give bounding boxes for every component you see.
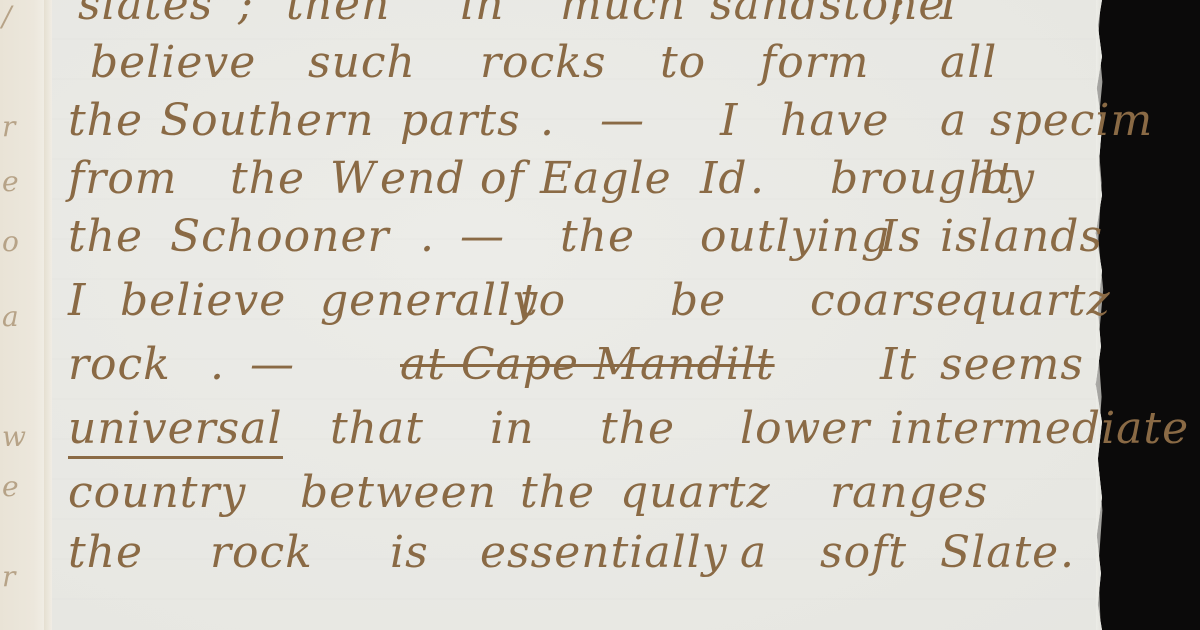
- manuscript-word: rock: [210, 526, 313, 580]
- manuscript-word: specim: [990, 94, 1153, 148]
- manuscript-word: the: [68, 94, 143, 148]
- margin-fragment: e: [2, 165, 19, 198]
- manuscript-word: of: [480, 152, 525, 206]
- manuscript-line: Ibelievegenerallytobecoarsequartz: [60, 274, 1100, 328]
- manuscript-word: then: [286, 0, 390, 32]
- manuscript-word: that: [330, 402, 424, 456]
- manuscript-line: theSouthernparts.—Ihaveaspecim: [60, 94, 1100, 148]
- manuscript-word: W: [330, 152, 376, 206]
- manuscript-word: .: [210, 338, 225, 392]
- manuscript-line: slates;theninmuchsandstone;I: [60, 0, 1100, 32]
- manuscript-word: parts: [400, 94, 521, 148]
- manuscript-word: to: [660, 36, 706, 90]
- manuscript-word: .: [1060, 526, 1075, 580]
- manuscript-word: —: [460, 210, 505, 264]
- margin-fragment: o: [2, 225, 19, 258]
- manuscript-line: countrybetweenthequartzranges: [60, 466, 1100, 520]
- manuscript-word: by: [980, 152, 1035, 206]
- manuscript-word: .: [420, 210, 435, 264]
- manuscript-word: I: [940, 0, 958, 32]
- manuscript-word: Schooner: [170, 210, 390, 264]
- manuscript-word: a: [740, 526, 767, 580]
- manuscript-word: I: [68, 274, 86, 328]
- manuscript-word: Southern: [160, 94, 374, 148]
- manuscript-word: I: [720, 94, 738, 148]
- manuscript-word: Eagle: [540, 152, 672, 206]
- manuscript-word: believe: [120, 274, 286, 328]
- margin-fragment: /: [2, 0, 11, 33]
- manuscript-word: .: [750, 152, 765, 206]
- manuscript-word: a: [940, 94, 967, 148]
- manuscript-word: sandstone: [710, 0, 945, 32]
- manuscript-word: seems: [940, 338, 1084, 392]
- manuscript-word: soft: [820, 526, 907, 580]
- manuscript-word: much: [560, 0, 687, 32]
- manuscript-word: the: [600, 402, 675, 456]
- manuscript-image: / r e o a w e r slates;theninmuchsandsto…: [0, 0, 1200, 630]
- manuscript-word: Id: [700, 152, 748, 206]
- manuscript-word: all: [940, 36, 997, 90]
- manuscript-word: outlying: [700, 210, 890, 264]
- manuscript-word: the: [560, 210, 635, 264]
- manuscript-word: country: [68, 466, 246, 520]
- manuscript-word: in: [460, 0, 504, 32]
- manuscript-word: in: [490, 402, 534, 456]
- manuscript-word: end: [380, 152, 466, 206]
- manuscript-word: quartz: [620, 466, 771, 520]
- manuscript-word: —: [250, 338, 295, 392]
- manuscript-word: rocks: [480, 36, 606, 90]
- manuscript-word: is: [390, 526, 429, 580]
- manuscript-word: Slate: [940, 526, 1059, 580]
- manuscript-word: have: [780, 94, 889, 148]
- margin-fragment: e: [2, 470, 19, 503]
- manuscript-word: ranges: [830, 466, 988, 520]
- manuscript-word: the: [68, 526, 143, 580]
- manuscript-word: ;: [890, 0, 906, 32]
- manuscript-word: between: [300, 466, 497, 520]
- manuscript-word: quartz: [960, 274, 1111, 328]
- manuscript-line: rock.—at Cape MandiltItseems: [60, 338, 1100, 392]
- manuscript-line: therockisessentiallyasoftSlate.: [60, 526, 1100, 580]
- manuscript-word: intermediate: [890, 402, 1189, 456]
- adjacent-page-text-fragments: / r e o a w e r: [0, 0, 46, 630]
- manuscript-word: to: [520, 274, 566, 328]
- manuscript-line: fromtheWendofEagleId.broughtby: [60, 152, 1100, 206]
- manuscript-word: the: [230, 152, 305, 206]
- struck-through-text: at Cape Mandilt: [400, 338, 775, 392]
- manuscript-word: ;: [238, 0, 254, 32]
- manuscript-word: generally: [320, 274, 538, 328]
- manuscript-word: Is: [880, 210, 922, 264]
- manuscript-word: believe: [90, 36, 256, 90]
- margin-fragment: r: [2, 110, 15, 143]
- manuscript-line: believesuchrockstoformall: [60, 36, 1100, 90]
- manuscript-word: coarse: [810, 274, 963, 328]
- margin-fragment: w: [2, 420, 26, 453]
- manuscript-word: lower: [740, 402, 870, 456]
- manuscript-word: essentially: [480, 526, 728, 580]
- manuscript-word: from: [68, 152, 178, 206]
- manuscript-line: universalthatinthelowerintermediate: [60, 402, 1100, 456]
- manuscript-word: the: [68, 210, 143, 264]
- manuscript-word: islands: [940, 210, 1103, 264]
- manuscript-word: rock: [68, 338, 171, 392]
- manuscript-word: the: [520, 466, 595, 520]
- manuscript-word: —: [600, 94, 645, 148]
- manuscript-word: such: [308, 36, 416, 90]
- manuscript-line: theSchooner.—theoutlyingIsislands: [60, 210, 1100, 264]
- margin-fragment: r: [2, 560, 15, 593]
- underlined-word: universal: [68, 402, 283, 459]
- manuscript-word: slates: [78, 0, 213, 32]
- manuscript-word: It: [880, 338, 917, 392]
- margin-fragment: a: [2, 300, 19, 333]
- manuscript-word: be: [670, 274, 726, 328]
- manuscript-word: form: [760, 36, 870, 90]
- manuscript-word: .: [540, 94, 555, 148]
